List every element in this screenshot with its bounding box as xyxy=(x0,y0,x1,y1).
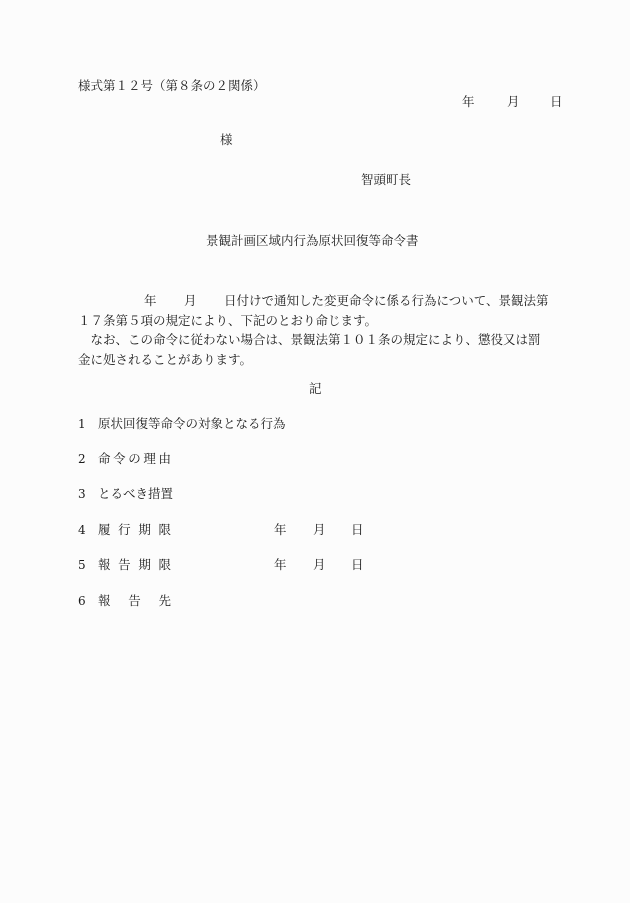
body-line-3: なお、この命令に従わない場合は、景観法第１０１条の規定により、懲役又は罰 xyxy=(78,330,551,350)
item-reason: 2 命令の理由 xyxy=(78,451,171,467)
date-year-label: 年 xyxy=(274,522,313,538)
item-measures: 3 とるべき措置 xyxy=(78,486,173,502)
item-number: 3 xyxy=(78,486,98,502)
item-number: 1 xyxy=(78,416,98,432)
date-day-label: 日 xyxy=(351,557,364,573)
body-line-4: 金に処されることがあります。 xyxy=(78,350,551,370)
date-year-label: 年 xyxy=(462,95,507,109)
item-report-deadline: 5 報告期限 年月日 xyxy=(78,557,378,573)
date-month-label: 月 xyxy=(507,95,550,109)
item-label: 原状回復等命令の対象となる行為 xyxy=(98,416,286,432)
body-paragraphs: 年月日付けで通知した変更命令に係る行為について、景観法第 １７条第５項の規定によ… xyxy=(78,291,551,369)
body-year-label: 年 xyxy=(144,291,184,311)
body-month-label: 月 xyxy=(184,291,224,311)
body-line-2: １７条第５項の規定により、下記のとおり命じます。 xyxy=(78,311,551,331)
item-label: 報告期限 xyxy=(98,557,171,573)
date-day-label: 日 xyxy=(351,522,364,538)
item-number: 4 xyxy=(78,522,98,538)
issue-date: 年月日 xyxy=(462,95,563,109)
item-label: 報告先 xyxy=(98,593,171,609)
form-number: 様式第１２号（第８条の２関係） xyxy=(78,79,266,93)
body-line-1: 年月日付けで通知した変更命令に係る行為について、景観法第 xyxy=(78,291,551,311)
date-year-label: 年 xyxy=(274,557,313,573)
report-date: 年月日 xyxy=(274,557,364,573)
item-number: 2 xyxy=(78,451,98,467)
item-number: 6 xyxy=(78,593,98,609)
document-title: 景観計画区域内行為原状回復等命令書 xyxy=(206,234,419,248)
date-month-label: 月 xyxy=(313,557,351,573)
date-day-label: 日 xyxy=(550,95,563,109)
issuer-name: 智頭町長 xyxy=(361,173,411,187)
item-performance-deadline: 4 履行期限 年月日 xyxy=(78,522,378,538)
item-target-action: 1 原状回復等命令の対象となる行為 xyxy=(78,416,286,432)
body-line-1-text: 日付けで通知した変更命令に係る行為について、景観法第 xyxy=(224,291,549,311)
item-number: 5 xyxy=(78,557,98,573)
item-label: とるべき措置 xyxy=(98,486,173,502)
recipient-suffix: 様 xyxy=(220,133,233,147)
item-report-destination: 6 報告先 xyxy=(78,593,171,609)
deadline-date: 年月日 xyxy=(274,522,364,538)
date-month-label: 月 xyxy=(313,522,351,538)
ki-heading: 記 xyxy=(309,382,322,396)
item-label: 履行期限 xyxy=(98,522,171,538)
item-label: 命令の理由 xyxy=(98,451,171,467)
